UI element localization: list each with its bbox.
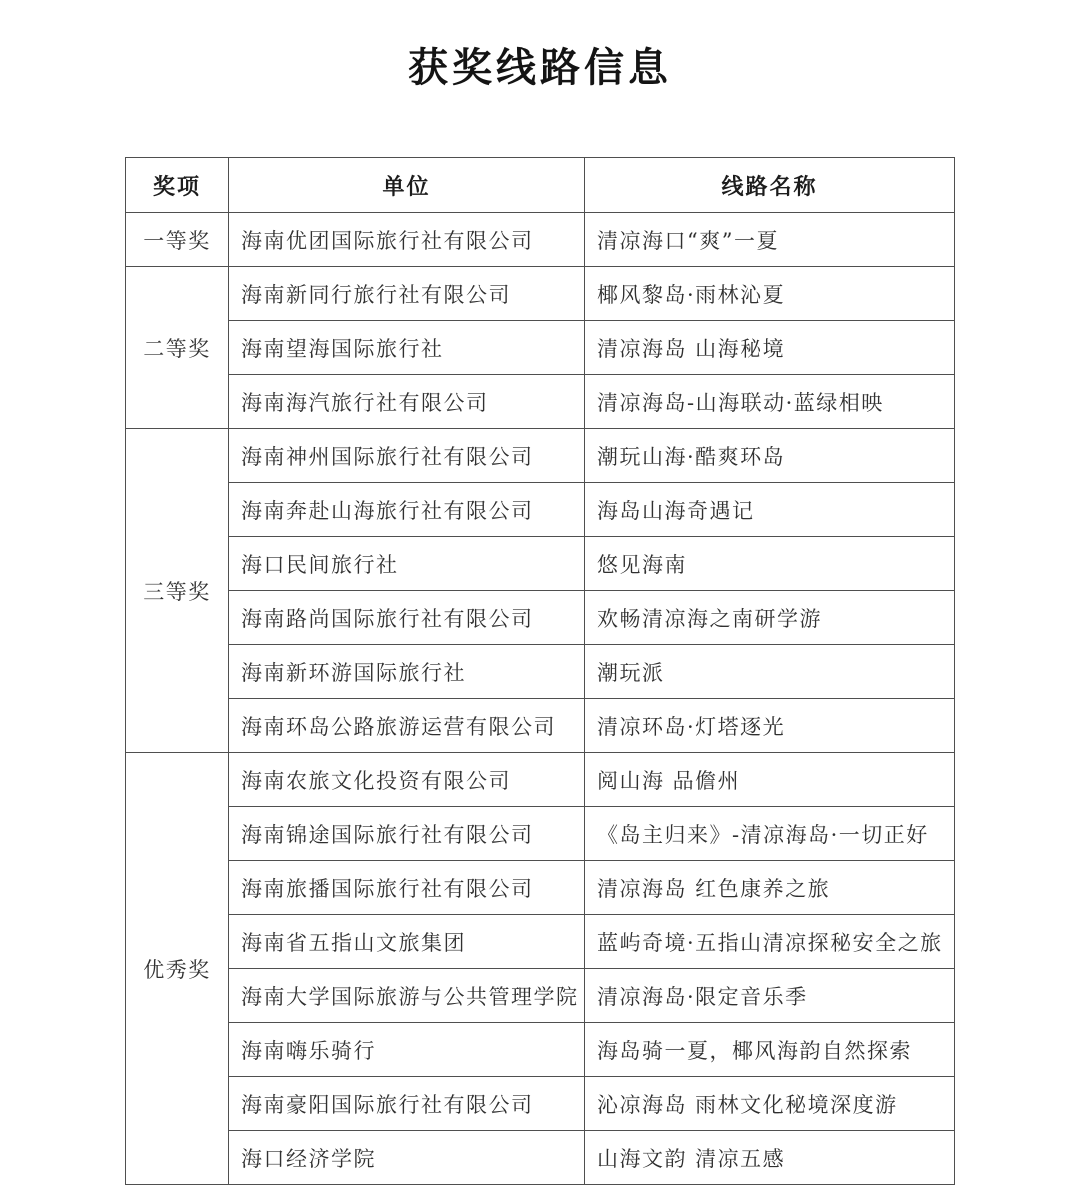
route-cell: 阅山海 品儋州 [585, 753, 955, 807]
route-cell: 潮玩山海·酷爽环岛 [585, 429, 955, 483]
unit-cell: 海南旅播国际旅行社有限公司 [229, 861, 585, 915]
award-cell: 一等奖 [126, 213, 229, 267]
unit-cell: 海口民间旅行社 [229, 537, 585, 591]
unit-cell: 海南农旅文化投资有限公司 [229, 753, 585, 807]
table-row: 三等奖海南神州国际旅行社有限公司潮玩山海·酷爽环岛 [126, 429, 955, 483]
unit-cell: 海南新同行旅行社有限公司 [229, 267, 585, 321]
table-row: 海口民间旅行社悠见海南 [126, 537, 955, 591]
awards-table: 奖项单位线路名称 一等奖海南优团国际旅行社有限公司清凉海口“爽”一夏二等奖海南新… [125, 157, 955, 1185]
table-row: 一等奖海南优团国际旅行社有限公司清凉海口“爽”一夏 [126, 213, 955, 267]
route-cell: 清凉环岛·灯塔逐光 [585, 699, 955, 753]
table-row: 优秀奖海南农旅文化投资有限公司阅山海 品儋州 [126, 753, 955, 807]
unit-cell: 海口经济学院 [229, 1131, 585, 1185]
route-cell: 山海文韵 清凉五感 [585, 1131, 955, 1185]
unit-cell: 海南奔赴山海旅行社有限公司 [229, 483, 585, 537]
table-row: 海南豪阳国际旅行社有限公司沁凉海岛 雨林文化秘境深度游 [126, 1077, 955, 1131]
award-cell: 三等奖 [126, 429, 229, 753]
column-header-route: 线路名称 [585, 158, 955, 213]
header-row: 奖项单位线路名称 [126, 158, 955, 213]
route-cell: 欢畅清凉海之南研学游 [585, 591, 955, 645]
table-row: 海南省五指山文旅集团蓝屿奇境·五指山清凉探秘安全之旅 [126, 915, 955, 969]
unit-cell: 海南优团国际旅行社有限公司 [229, 213, 585, 267]
table-row: 海口经济学院山海文韵 清凉五感 [126, 1131, 955, 1185]
route-cell: 潮玩派 [585, 645, 955, 699]
route-cell: 沁凉海岛 雨林文化秘境深度游 [585, 1077, 955, 1131]
table-row: 海南嗨乐骑行海岛骑一夏，椰风海韵自然探索 [126, 1023, 955, 1077]
award-cell: 优秀奖 [126, 753, 229, 1185]
unit-cell: 海南大学国际旅游与公共管理学院 [229, 969, 585, 1023]
unit-cell: 海南海汽旅行社有限公司 [229, 375, 585, 429]
column-header-unit: 单位 [229, 158, 585, 213]
unit-cell: 海南环岛公路旅游运营有限公司 [229, 699, 585, 753]
unit-cell: 海南嗨乐骑行 [229, 1023, 585, 1077]
table-row: 海南奔赴山海旅行社有限公司海岛山海奇遇记 [126, 483, 955, 537]
route-cell: 悠见海南 [585, 537, 955, 591]
route-cell: 海岛骑一夏，椰风海韵自然探索 [585, 1023, 955, 1077]
route-cell: 椰风黎岛·雨林沁夏 [585, 267, 955, 321]
table-row: 海南望海国际旅行社清凉海岛 山海秘境 [126, 321, 955, 375]
table-row: 海南锦途国际旅行社有限公司《岛主归来》-清凉海岛·一切正好 [126, 807, 955, 861]
table-row: 二等奖海南新同行旅行社有限公司椰风黎岛·雨林沁夏 [126, 267, 955, 321]
unit-cell: 海南新环游国际旅行社 [229, 645, 585, 699]
unit-cell: 海南望海国际旅行社 [229, 321, 585, 375]
route-cell: 清凉海岛 山海秘境 [585, 321, 955, 375]
table-row: 海南新环游国际旅行社潮玩派 [126, 645, 955, 699]
table-row: 海南大学国际旅游与公共管理学院清凉海岛·限定音乐季 [126, 969, 955, 1023]
route-cell: 清凉海岛-山海联动·蓝绿相映 [585, 375, 955, 429]
route-cell: 《岛主归来》-清凉海岛·一切正好 [585, 807, 955, 861]
unit-cell: 海南省五指山文旅集团 [229, 915, 585, 969]
table-row: 海南海汽旅行社有限公司清凉海岛-山海联动·蓝绿相映 [126, 375, 955, 429]
page-title: 获奖线路信息 [0, 44, 1080, 92]
route-cell: 清凉海口“爽”一夏 [585, 213, 955, 267]
table-row: 海南旅播国际旅行社有限公司清凉海岛 红色康养之旅 [126, 861, 955, 915]
route-cell: 蓝屿奇境·五指山清凉探秘安全之旅 [585, 915, 955, 969]
unit-cell: 海南神州国际旅行社有限公司 [229, 429, 585, 483]
route-cell: 清凉海岛 红色康养之旅 [585, 861, 955, 915]
unit-cell: 海南锦途国际旅行社有限公司 [229, 807, 585, 861]
route-cell: 清凉海岛·限定音乐季 [585, 969, 955, 1023]
unit-cell: 海南豪阳国际旅行社有限公司 [229, 1077, 585, 1131]
unit-cell: 海南路尚国际旅行社有限公司 [229, 591, 585, 645]
table-row: 海南路尚国际旅行社有限公司欢畅清凉海之南研学游 [126, 591, 955, 645]
route-cell: 海岛山海奇遇记 [585, 483, 955, 537]
column-header-award: 奖项 [126, 158, 229, 213]
award-cell: 二等奖 [126, 267, 229, 429]
table-row: 海南环岛公路旅游运营有限公司清凉环岛·灯塔逐光 [126, 699, 955, 753]
